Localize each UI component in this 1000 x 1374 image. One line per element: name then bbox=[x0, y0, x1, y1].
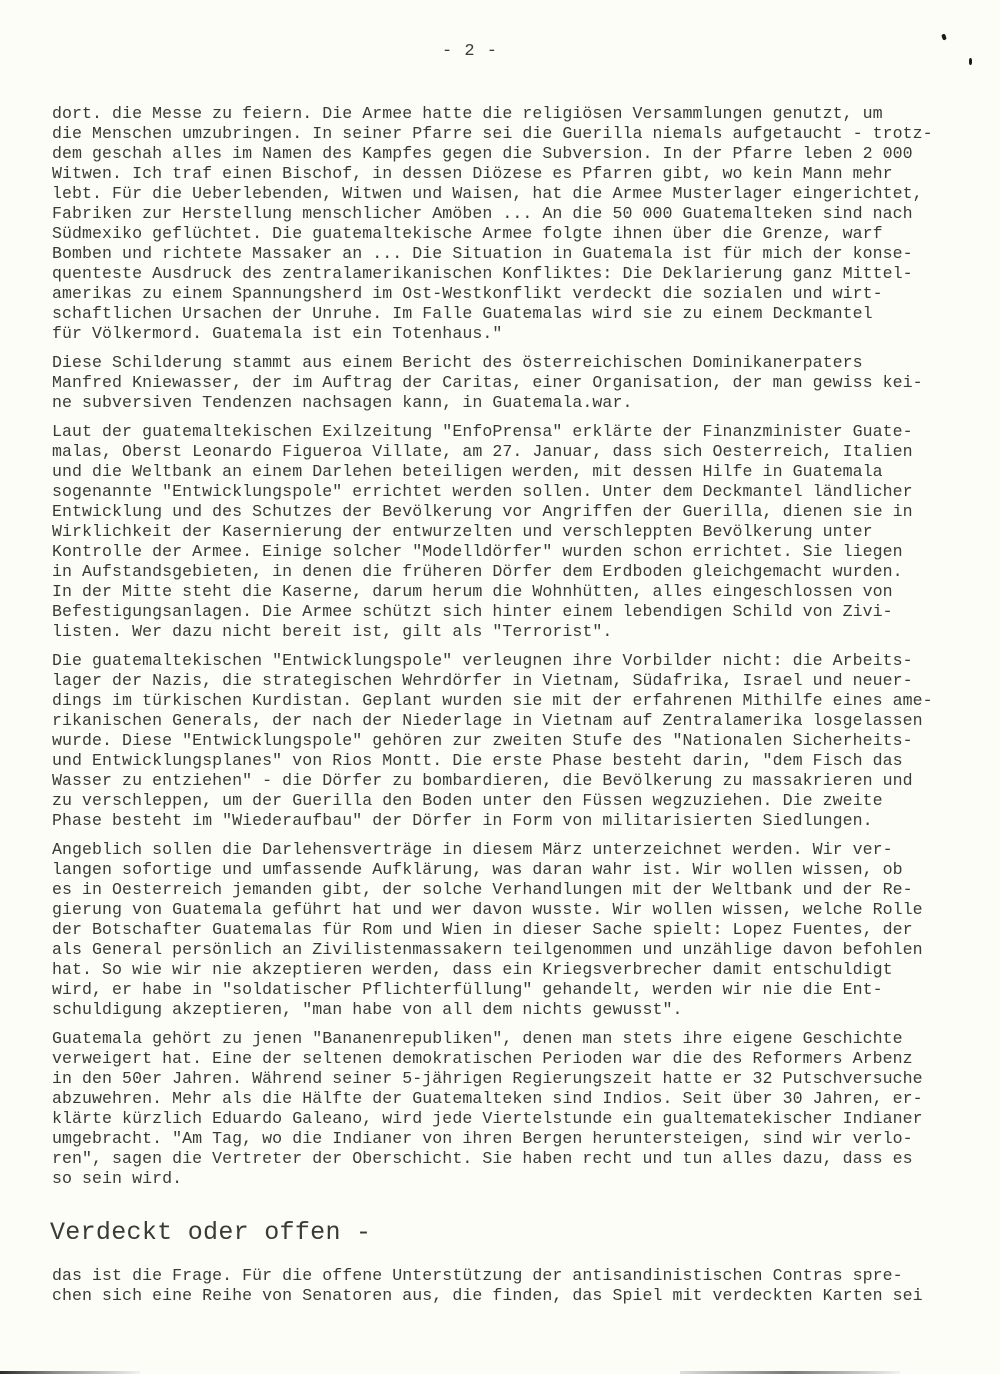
text-line: amerikas zu einem Spannungsherd im Ost-W… bbox=[52, 284, 952, 304]
text-line: Wirklichkeit der Kasernierung der entwur… bbox=[52, 522, 952, 542]
paragraph: das ist die Frage. Für die offene Unters… bbox=[52, 1266, 952, 1306]
text-line: Kontrolle der Armee. Einige solcher "Mod… bbox=[52, 542, 952, 562]
text-line: der Botschafter Guatemalas für Rom und W… bbox=[52, 920, 952, 940]
text-line: das ist die Frage. Für die offene Unters… bbox=[52, 1266, 952, 1286]
text-line: für Völkermord. Guatemala ist ein Totenh… bbox=[52, 324, 952, 344]
text-line: lager der Nazis, die strategischen Wehrd… bbox=[52, 671, 952, 691]
text-line: sogenannte "Entwicklungspole" errichtet … bbox=[52, 482, 952, 502]
section-heading: Verdeckt oder offen - bbox=[50, 1218, 371, 1248]
text-line: als General persönlich an Zivilistenmass… bbox=[52, 940, 952, 960]
section-paragraph: das ist die Frage. Für die offene Unters… bbox=[52, 1266, 952, 1315]
text-line: Befestigungsanlagen. Die Armee schützt s… bbox=[52, 602, 952, 622]
text-line: Witwen. Ich traf einen Bischof, in desse… bbox=[52, 164, 952, 184]
paragraph: Laut der guatemaltekischen Exilzeitung "… bbox=[52, 422, 952, 642]
text-line: In der Mitte steht die Kaserne, darum he… bbox=[52, 582, 952, 602]
text-line: in den 50er Jahren. Während seiner 5-jäh… bbox=[52, 1069, 952, 1089]
text-line: umgebracht. "Am Tag, wo die Indianer von… bbox=[52, 1129, 952, 1149]
text-line: malas, Oberst Leonardo Figueroa Villate,… bbox=[52, 442, 952, 462]
document-page: - 2 - dort. die Messe zu feiern. Die Arm… bbox=[0, 0, 1000, 1374]
text-line: Fabriken zur Herstellung menschlicher Am… bbox=[52, 204, 952, 224]
text-line: wurde. Diese "Entwicklungspole" gehören … bbox=[52, 731, 952, 751]
ink-speck bbox=[941, 33, 947, 40]
text-line: und Entwicklungsplanes" von Rios Montt. … bbox=[52, 751, 952, 771]
text-line: Die guatemaltekischen "Entwicklungspole"… bbox=[52, 651, 952, 671]
body-text: dort. die Messe zu feiern. Die Armee hat… bbox=[52, 104, 952, 1198]
text-line: hat. So wie wir nie akzeptieren werden, … bbox=[52, 960, 952, 980]
text-line: Laut der guatemaltekischen Exilzeitung "… bbox=[52, 422, 952, 442]
text-line: schaftlichen Ursachen der Unruhe. Im Fal… bbox=[52, 304, 952, 324]
text-line: quenteste Ausdruck des zentralamerikanis… bbox=[52, 264, 952, 284]
text-line: so sein wird. bbox=[52, 1169, 952, 1189]
text-line: es in Oesterreich jemanden gibt, der sol… bbox=[52, 880, 952, 900]
paragraph: Guatemala gehört zu jenen "Bananenrepubl… bbox=[52, 1029, 952, 1189]
text-line: lebt. Für die Ueberlebenden, Witwen und … bbox=[52, 184, 952, 204]
text-line: verweigert hat. Eine der seltenen demokr… bbox=[52, 1049, 952, 1069]
text-line: listen. Wer dazu nicht bereit ist, gilt … bbox=[52, 622, 952, 642]
paragraph: Angeblich sollen die Darlehensverträge i… bbox=[52, 840, 952, 1020]
text-line: klärte kürzlich Eduardo Galeano, wird je… bbox=[52, 1109, 952, 1129]
text-line: Südmexiko geflüchtet. Die guatemaltekisc… bbox=[52, 224, 952, 244]
text-line: dem geschah alles im Namen des Kampfes g… bbox=[52, 144, 952, 164]
text-line: schuldigung akzeptieren, "man habe von a… bbox=[52, 1000, 952, 1020]
text-line: gierung von Guatemala geführt hat und we… bbox=[52, 900, 952, 920]
text-line: dort. die Messe zu feiern. Die Armee hat… bbox=[52, 104, 952, 124]
paragraph: Diese Schilderung stammt aus einem Beric… bbox=[52, 353, 952, 413]
text-line: die Menschen umzubringen. In seiner Pfar… bbox=[52, 124, 952, 144]
paragraph: Die guatemaltekischen "Entwicklungspole"… bbox=[52, 651, 952, 831]
text-line: und die Weltbank an einem Darlehen betei… bbox=[52, 462, 952, 482]
text-line: abzuwehren. Mehr als die Hälfte der Guat… bbox=[52, 1089, 952, 1109]
paragraph: dort. die Messe zu feiern. Die Armee hat… bbox=[52, 104, 952, 344]
text-line: ne subversiven Tendenzen nachsagen kann,… bbox=[52, 393, 952, 413]
text-line: Wasser zu entziehen" - die Dörfer zu bom… bbox=[52, 771, 952, 791]
text-line: dings im türkischen Kurdistan. Geplant w… bbox=[52, 691, 952, 711]
text-line: Phase besteht im "Wiederaufbau" der Dörf… bbox=[52, 811, 952, 831]
text-line: Entwicklung und des Schutzes der Bevölke… bbox=[52, 502, 952, 522]
text-line: in Aufstandsgebieten, in denen die frühe… bbox=[52, 562, 952, 582]
text-line: Angeblich sollen die Darlehensverträge i… bbox=[52, 840, 952, 860]
text-line: ren", sagen die Vertreter der Oberschich… bbox=[52, 1149, 952, 1169]
text-line: Manfred Kniewasser, der im Auftrag der C… bbox=[52, 373, 952, 393]
ink-speck bbox=[969, 58, 972, 65]
text-line: Guatemala gehört zu jenen "Bananenrepubl… bbox=[52, 1029, 952, 1049]
text-line: wird, er habe in "soldatischer Pflichter… bbox=[52, 980, 952, 1000]
text-line: rikanischen Generals, der nach der Niede… bbox=[52, 711, 952, 731]
text-line: Diese Schilderung stammt aus einem Beric… bbox=[52, 353, 952, 373]
page-number: - 2 - bbox=[0, 42, 940, 61]
text-line: langen sofortige und umfassende Aufkläru… bbox=[52, 860, 952, 880]
text-line: Bomben und richtete Massaker an ... Die … bbox=[52, 244, 952, 264]
text-line: chen sich eine Reihe von Senatoren aus, … bbox=[52, 1286, 952, 1306]
text-line: zu verschleppen, um der Guerilla den Bod… bbox=[52, 791, 952, 811]
